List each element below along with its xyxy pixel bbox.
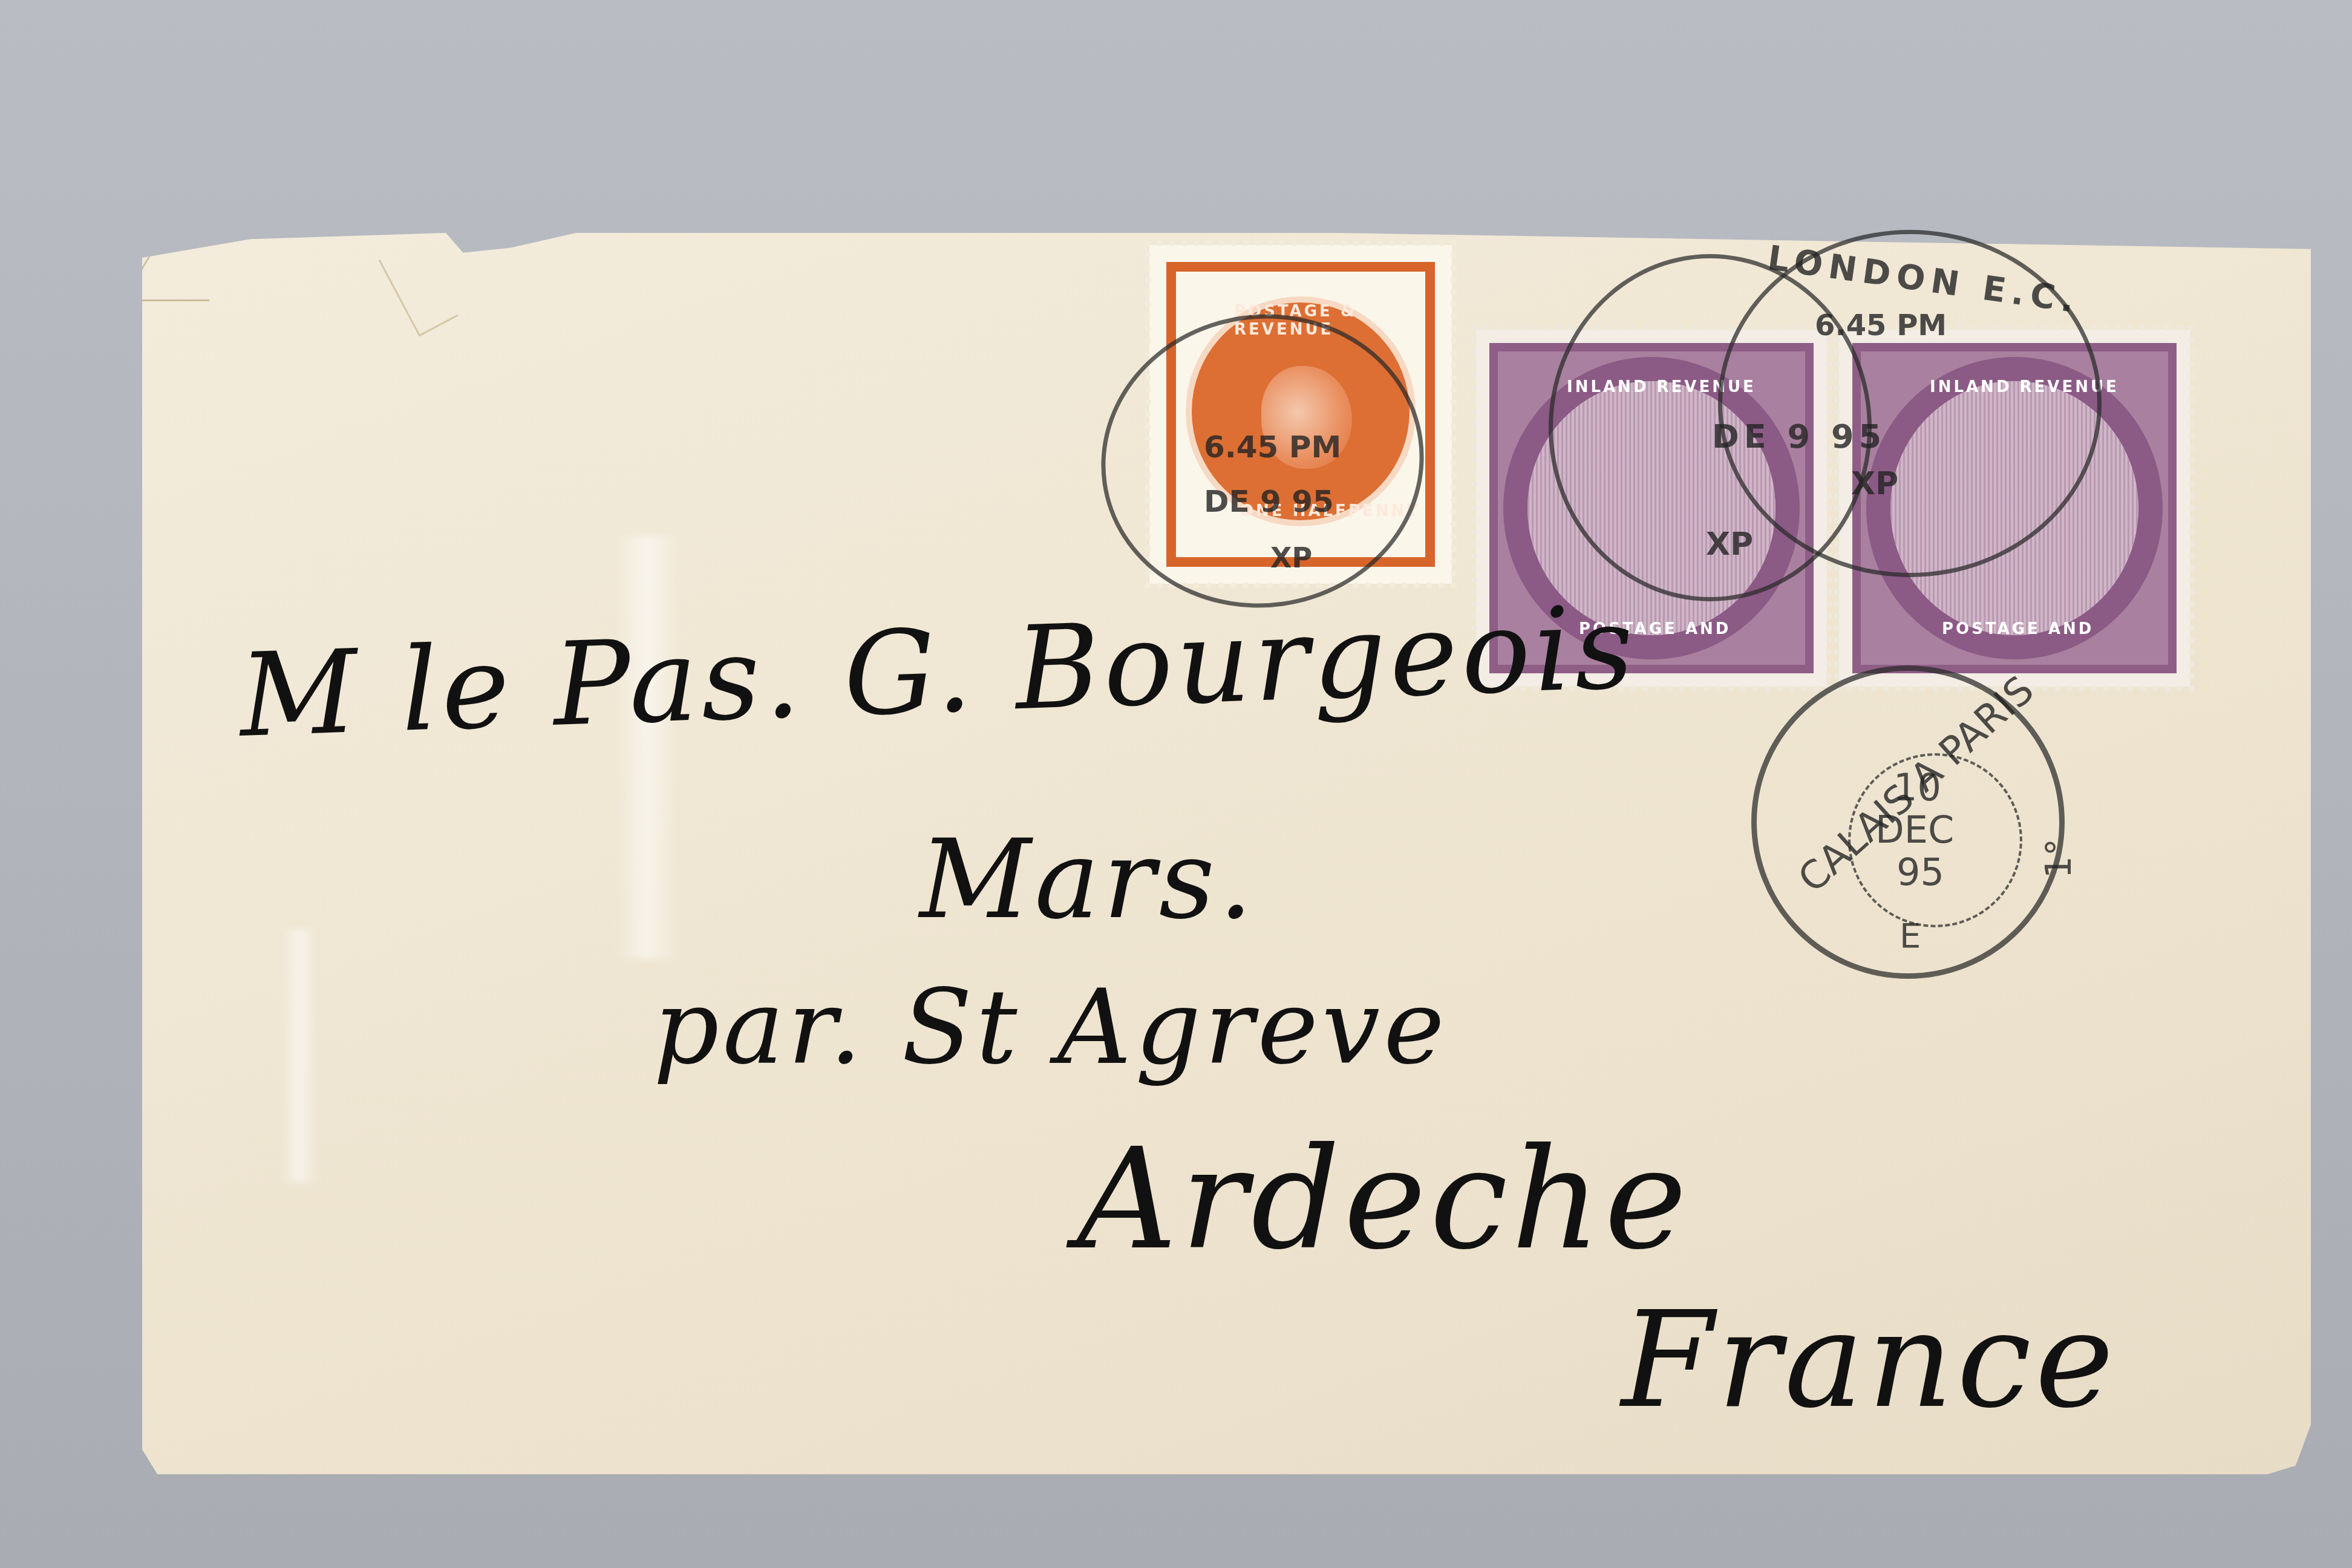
torn-flap-edge bbox=[379, 240, 459, 337]
postmark-route: 1° bbox=[2038, 838, 2079, 878]
stamp-bottom-text: POSTAGE AND bbox=[1942, 620, 2094, 638]
postmark-year: 95 bbox=[1896, 850, 1944, 894]
address-line-department: Ardeche bbox=[1077, 1119, 1690, 1281]
postmark-time: 6.45 PM bbox=[1204, 430, 1341, 465]
torn-flap-edge bbox=[122, 233, 248, 301]
postmark-day: 10 bbox=[1893, 765, 1941, 809]
postmark-code: XP bbox=[1706, 526, 1753, 563]
postmark-letter: E bbox=[1900, 916, 1921, 956]
postmark-date: DE 9 95 bbox=[1204, 484, 1334, 519]
address-line-town: Mars. bbox=[920, 817, 1256, 943]
postmark-code: XP bbox=[1270, 541, 1312, 574]
postmark-code: XP bbox=[1851, 466, 1898, 502]
address-line-country: France bbox=[1621, 1282, 2117, 1437]
glare bbox=[281, 929, 318, 1183]
postmark-time: 6.45 PM bbox=[1815, 309, 1947, 342]
address-line-via: par. St Agreve bbox=[653, 968, 1448, 1088]
postmark-month: DEC bbox=[1875, 808, 1954, 852]
postmark-date: DE 9 95 bbox=[1712, 417, 1886, 456]
